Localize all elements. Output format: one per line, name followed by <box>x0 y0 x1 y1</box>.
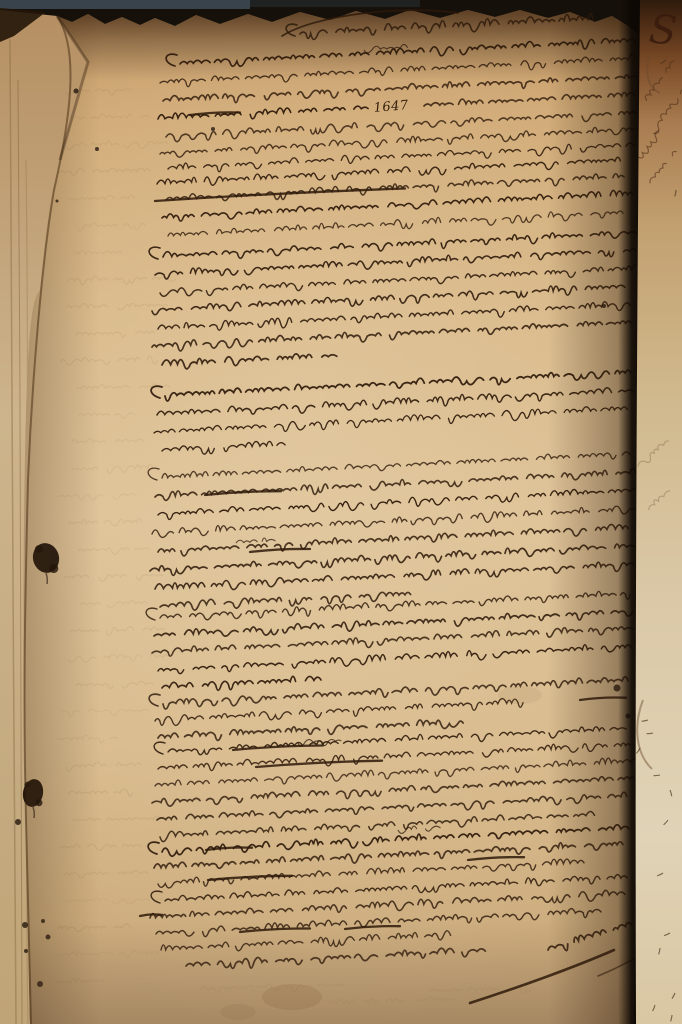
manuscript-photo: 1647 S <box>0 0 682 1024</box>
right-page-capital-s: S <box>647 6 679 55</box>
table-edge-strip <box>0 0 250 9</box>
table-edge-strip-fade <box>250 0 420 7</box>
year-1647-text: 1647 <box>373 98 409 116</box>
manuscript-scene: 1647 S <box>0 0 682 1024</box>
bottom-shadow <box>0 920 682 1024</box>
